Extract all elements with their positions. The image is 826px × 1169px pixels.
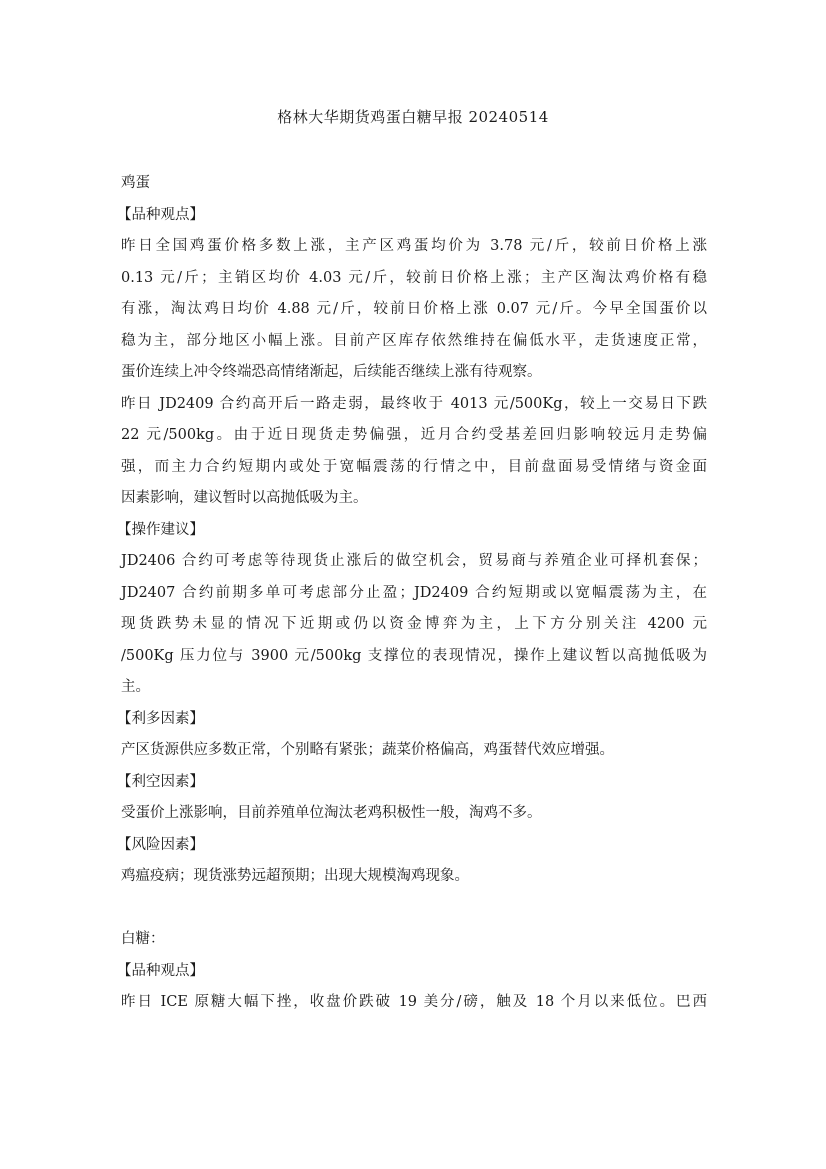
text-line: 强，而主力合约短期内或处于宽幅震荡的行情之中，目前盘面易受情绪与资金面 bbox=[121, 452, 707, 484]
text-line: JD2407 合约前期多单可考虑部分止盈；JD2409 合约短期或以宽幅震荡为主… bbox=[121, 578, 707, 610]
heading-operation-advice: 【操作建议】 bbox=[117, 515, 707, 547]
heading-bearish-factors: 【利空因素】 bbox=[117, 767, 707, 799]
text-line: 因素影响，建议暂时以高抛低吸为主。 bbox=[121, 483, 707, 515]
paragraph-sugar-summary: 昨日 ICE 原糖大幅下挫，收盘价跌破 19 美分/磅，触及 18 个月以来低位… bbox=[121, 987, 707, 1019]
text-line: 有涨，淘汰鸡日均价 4.88 元/斤，较前日价格上涨 0.07 元/斤。今早全国… bbox=[121, 294, 707, 326]
heading-risk-factors: 【风险因素】 bbox=[117, 830, 707, 862]
heading-bullish-factors: 【利多因素】 bbox=[117, 704, 707, 736]
heading-variety-view: 【品种观点】 bbox=[117, 200, 707, 232]
paragraph-operation-advice: JD2406 合约可考虑等待现货止涨后的做空机会，贸易商与养殖企业可择机套保； … bbox=[121, 546, 707, 704]
text-line: 产区货源供应多数正常，个别略有紧张；蔬菜价格偏高，鸡蛋替代效应增强。 bbox=[121, 735, 707, 767]
text-line: 现货跌势未显的情况下近期或仍以资金博弈为主，上下方分别关注 4200 元 bbox=[121, 609, 707, 641]
text-line: 主。 bbox=[121, 672, 707, 704]
text-line: 蛋价连续上冲令终端恐高情绪渐起，后续能否继续上涨有待观察。 bbox=[121, 357, 707, 389]
text-line: 0.13 元/斤；主销区均价 4.03 元/斤，较前日价格上涨；主产区淘汰鸡价格… bbox=[121, 263, 707, 295]
text-line: 受蛋价上涨影响，目前养殖单位淘汰老鸡积极性一般，淘鸡不多。 bbox=[121, 798, 707, 830]
document-body: 鸡蛋 【品种观点】 昨日全国鸡蛋价格多数上涨，主产区鸡蛋均价为 3.78 元/斤… bbox=[121, 168, 707, 1019]
text-line: JD2406 合约可考虑等待现货止涨后的做空机会，贸易商与养殖企业可择机套保； bbox=[121, 546, 707, 578]
paragraph-bullish-factors: 产区货源供应多数正常，个别略有紧张；蔬菜价格偏高，鸡蛋替代效应增强。 bbox=[121, 735, 707, 767]
text-line: 22 元/500kg。由于近日现货走势偏强，近月合约受基差回归影响较远月走势偏 bbox=[121, 420, 707, 452]
text-line: 昨日 JD2409 合约高开后一路走弱，最终收于 4013 元/500Kg，较上… bbox=[121, 389, 707, 421]
text-line: 昨日 ICE 原糖大幅下挫，收盘价跌破 19 美分/磅，触及 18 个月以来低位… bbox=[121, 987, 707, 1019]
document-page: 格林大华期货鸡蛋白糖早报 20240514 鸡蛋 【品种观点】 昨日全国鸡蛋价格… bbox=[0, 0, 826, 1169]
document-title: 格林大华期货鸡蛋白糖早报 20240514 bbox=[0, 106, 826, 128]
section-spacer bbox=[121, 893, 707, 925]
paragraph-market-summary: 昨日全国鸡蛋价格多数上涨，主产区鸡蛋均价为 3.78 元/斤，较前日价格上涨 0… bbox=[121, 231, 707, 389]
heading-variety-view: 【品种观点】 bbox=[117, 956, 707, 988]
paragraph-futures-summary: 昨日 JD2409 合约高开后一路走弱，最终收于 4013 元/500Kg，较上… bbox=[121, 389, 707, 515]
text-line: 鸡瘟疫病；现货涨势远超预期；出现大规模淘鸡现象。 bbox=[121, 861, 707, 893]
text-line: 昨日全国鸡蛋价格多数上涨，主产区鸡蛋均价为 3.78 元/斤，较前日价格上涨 bbox=[121, 231, 707, 263]
section-sugar: 白糖： 【品种观点】 昨日 ICE 原糖大幅下挫，收盘价跌破 19 美分/磅，触… bbox=[121, 924, 707, 1019]
paragraph-risk-factors: 鸡瘟疫病；现货涨势远超预期；出现大规模淘鸡现象。 bbox=[121, 861, 707, 893]
text-line: 稳为主，部分地区小幅上涨。目前产区库存依然维持在偏低水平，走货速度正常， bbox=[121, 326, 707, 358]
section-title-eggs: 鸡蛋 bbox=[121, 168, 707, 200]
section-title-sugar: 白糖： bbox=[121, 924, 707, 956]
section-eggs: 鸡蛋 【品种观点】 昨日全国鸡蛋价格多数上涨，主产区鸡蛋均价为 3.78 元/斤… bbox=[121, 168, 707, 893]
text-line: /500Kg 压力位与 3900 元/500kg 支撑位的表现情况，操作上建议暂… bbox=[121, 641, 707, 673]
paragraph-bearish-factors: 受蛋价上涨影响，目前养殖单位淘汰老鸡积极性一般，淘鸡不多。 bbox=[121, 798, 707, 830]
